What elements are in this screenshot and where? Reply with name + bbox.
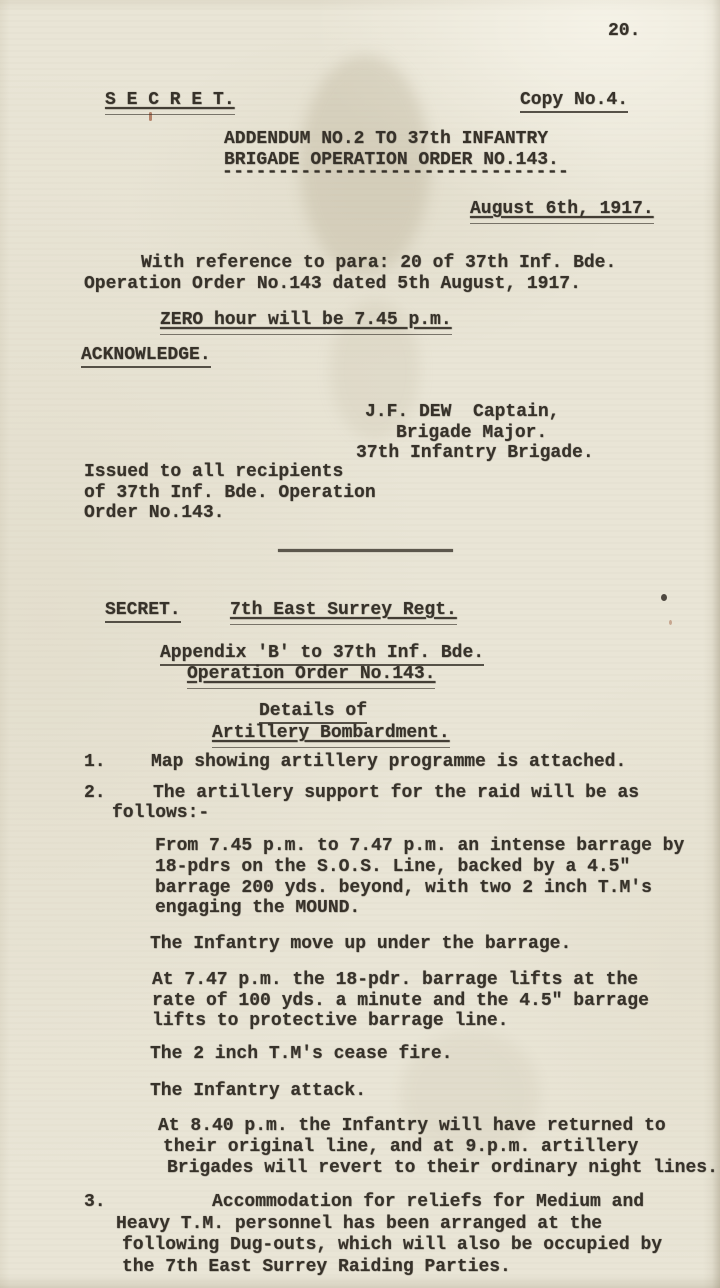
zero-hour-statement: ZERO hour will be 7.45 p.m. bbox=[160, 310, 452, 335]
item3-text-line4: the 7th East Surrey Raiding Parties. bbox=[122, 1257, 511, 1277]
bombardment-b1-l2: 18-pdrs on the S.O.S. Line, backed by a … bbox=[155, 857, 630, 877]
item2-number: 2. bbox=[84, 783, 106, 803]
bombardment-b1-l4: engaging the MOUND. bbox=[155, 898, 360, 918]
order-date: August 6th, 1917. bbox=[470, 199, 654, 224]
bombardment-b6-l2: their original line, and at 9.p.m. artil… bbox=[163, 1137, 638, 1157]
appendix-subject-line1: Details of bbox=[259, 701, 367, 724]
appendix-heading-line1: Appendix 'B' to 37th Inf. Bde. bbox=[160, 643, 484, 666]
bombardment-b6-l3: Brigades will revert to their ordinary n… bbox=[167, 1158, 718, 1178]
item3-number: 3. bbox=[84, 1192, 106, 1212]
item3-text-line2: Heavy T.M. personnel has been arranged a… bbox=[116, 1214, 602, 1234]
acknowledge-label: ACKNOWLEDGE. bbox=[81, 345, 211, 368]
distribution-line3: Order No.143. bbox=[84, 503, 224, 523]
item1-text: Map showing artillery programme is attac… bbox=[151, 752, 626, 772]
copy-number: Copy No.4. bbox=[520, 90, 628, 113]
red-pencil-mark bbox=[669, 620, 672, 625]
signature-rank: Brigade Major. bbox=[396, 423, 547, 443]
bombardment-b3-l2: rate of 100 yds. a minute and the 4.5" b… bbox=[152, 991, 649, 1011]
bombardment-b6-l1: At 8.40 p.m. the Infantry will have retu… bbox=[158, 1116, 666, 1136]
distribution-line2: of 37th Inf. Bde. Operation bbox=[84, 483, 376, 503]
addendum-title-line1: ADDENDUM NO.2 TO 37th INFANTRY bbox=[224, 129, 548, 149]
reference-line1: With reference to para: 20 of 37th Inf. … bbox=[141, 253, 616, 273]
distribution-line1: Issued to all recipients bbox=[84, 462, 343, 482]
addendum-title-rule: ------------------------------- bbox=[222, 162, 569, 182]
bombardment-b5-l1: The Infantry attack. bbox=[150, 1081, 366, 1101]
classification-label: S E C R E T. bbox=[105, 90, 235, 115]
bombardment-b3-l1: At 7.47 p.m. the 18-pdr. barrage lifts a… bbox=[152, 970, 638, 990]
page-number: 20. bbox=[608, 21, 640, 41]
bombardment-b1-l1: From 7.45 p.m. to 7.47 p.m. an intense b… bbox=[155, 836, 684, 856]
item2-text-line2: follows:- bbox=[112, 803, 209, 823]
item1-number: 1. bbox=[84, 752, 106, 772]
appendix-classification: SECRET. bbox=[105, 600, 181, 623]
reference-line2: Operation Order No.143 dated 5th August,… bbox=[84, 274, 581, 294]
appendix-heading-line2: Operation Order No.143. bbox=[187, 664, 435, 689]
bombardment-b2-l1: The Infantry move up under the barrage. bbox=[150, 934, 571, 954]
appendix-subject-line2: Artillery Bombardment. bbox=[212, 723, 450, 748]
bombardment-b1-l3: barrage 200 yds. beyond, with two 2 inch… bbox=[155, 878, 652, 898]
bombardment-b3-l3: lifts to protective barrage line. bbox=[152, 1011, 508, 1031]
section-divider bbox=[278, 549, 453, 552]
appendix-regiment: 7th East Surrey Regt. bbox=[230, 600, 457, 625]
item3-text-line1: Accommodation for reliefs for Medium and bbox=[212, 1192, 644, 1212]
signature-unit: 37th Infantry Brigade. bbox=[356, 443, 594, 463]
bombardment-b4-l1: The 2 inch T.M's cease fire. bbox=[150, 1044, 452, 1064]
document-page: 20. S E C R E T. Copy No.4. ADDENDUM NO.… bbox=[0, 0, 720, 1288]
ink-speck bbox=[661, 594, 667, 601]
item2-text-line1: The artillery support for the raid will … bbox=[153, 783, 639, 803]
item3-text-line3: following Dug-outs, which will also be o… bbox=[122, 1235, 662, 1255]
signature-name: J.F. DEW Captain, bbox=[365, 402, 559, 422]
